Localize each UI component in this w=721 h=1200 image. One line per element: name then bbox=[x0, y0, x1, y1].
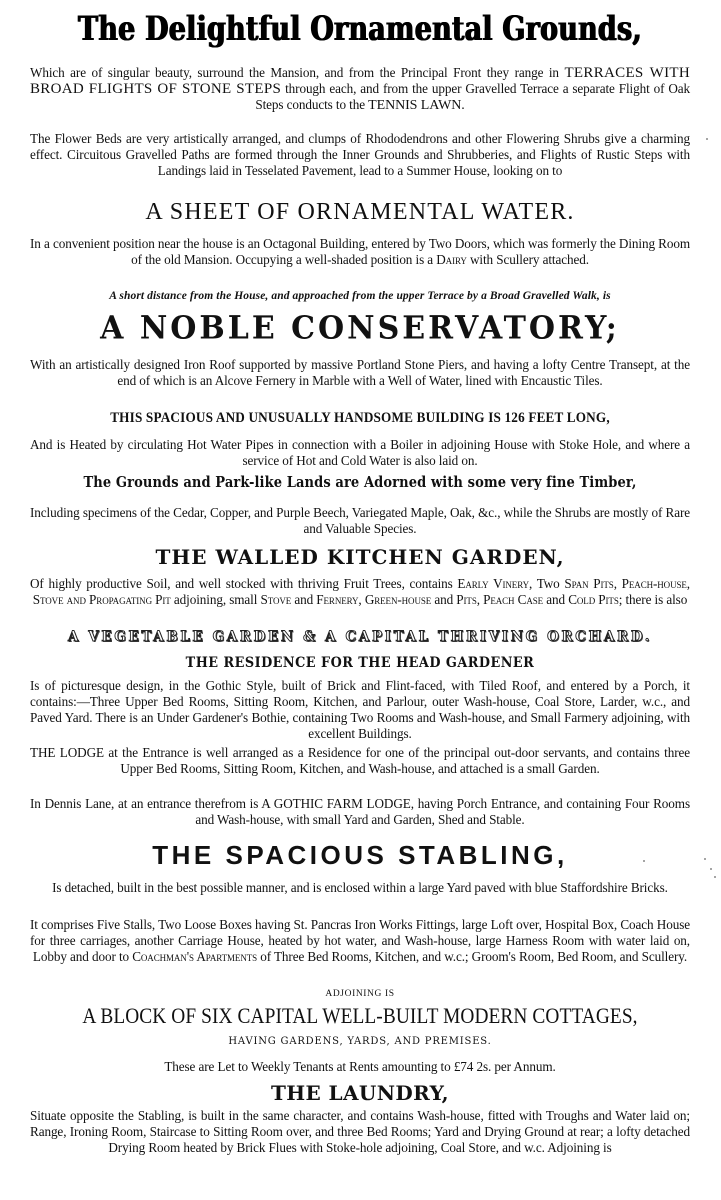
rents-line: These are Let to Weekly Tenants at Rents… bbox=[30, 1059, 690, 1075]
laundry-heading: THE LAUNDRY, bbox=[30, 1081, 690, 1105]
timber-heading: The Grounds and Park-like Lands are Ador… bbox=[63, 474, 657, 491]
kg-sc: Fernery, Green-house bbox=[316, 592, 431, 607]
scan-speck bbox=[710, 868, 712, 870]
stabling-heading: THE SPACIOUS STABLING, bbox=[30, 840, 690, 871]
water-heading: A SHEET OF ORNAMENTAL WATER. bbox=[30, 199, 690, 226]
approach-line: A short distance from the House, and app… bbox=[30, 290, 690, 302]
page-title: The Delightful Ornamental Grounds, bbox=[30, 10, 690, 49]
kg-sc: Cold Pits bbox=[568, 592, 619, 607]
kg-text: adjoining, small bbox=[171, 592, 261, 607]
octagonal-paragraph: In a convenient position near the house … bbox=[30, 236, 690, 268]
conservatory-paragraph: With an artistically designed Iron Roof … bbox=[30, 357, 690, 389]
scan-speck bbox=[706, 138, 708, 140]
octagonal-text: In a convenient position near the house … bbox=[30, 236, 690, 267]
conservatory-heading: A NOBLE CONSERVATORY; bbox=[30, 310, 690, 347]
stabling-paragraph: Is detached, built in the best possible … bbox=[30, 880, 690, 896]
stalls-tail: of Three Bed Rooms, Kitchen, and w.c.; G… bbox=[257, 949, 687, 964]
kg-sc: Pits, Peach Case bbox=[456, 592, 543, 607]
cottages-heading: A BLOCK OF SIX CAPITAL WELL-BUILT MODERN… bbox=[70, 1003, 651, 1029]
kg-text: and bbox=[431, 592, 456, 607]
kg-text: , Two bbox=[529, 576, 564, 591]
lodge-paragraph: THE LODGE at the Entrance is well arrang… bbox=[30, 745, 690, 777]
scan-speck bbox=[643, 860, 645, 862]
stalls-paragraph: It comprises Five Stalls, Two Loose Boxe… bbox=[30, 917, 690, 965]
octagonal-tail: with Scullery attached. bbox=[467, 252, 589, 267]
dennis-lane-paragraph: In Dennis Lane, at an entrance therefrom… bbox=[30, 796, 690, 828]
residence-heading: THE RESIDENCE FOR THE HEAD GARDENER bbox=[47, 655, 674, 671]
kg-text: Of highly productive Soil, and well stoc… bbox=[30, 576, 457, 591]
dairy-smallcaps: Dairy bbox=[436, 252, 467, 267]
flower-beds-paragraph: The Flower Beds are very artistically ar… bbox=[30, 131, 690, 179]
intro-text-2: through each, and from the upper Gravell… bbox=[255, 81, 690, 112]
adjoining-label: ADJOINING IS bbox=[30, 989, 690, 999]
kg-sc: Early Vinery bbox=[457, 576, 529, 591]
cottages-subheading: HAVING GARDENS, YARDS, AND PREMISES. bbox=[30, 1036, 690, 1047]
residence-paragraph: Is of picturesque design, in the Gothic … bbox=[30, 678, 690, 742]
vegetable-garden-heading: A VEGETABLE GARDEN & A CAPITAL THRIVING … bbox=[30, 629, 690, 645]
kg-text: and bbox=[543, 592, 568, 607]
scan-speck bbox=[704, 858, 706, 860]
scan-speck bbox=[714, 876, 716, 878]
laundry-paragraph: Situate opposite the Stabling, is built … bbox=[30, 1108, 690, 1156]
coachman-smallcaps: Coachman's Apartments bbox=[132, 949, 257, 964]
tennis-lawn-caps: TENNIS LAWN. bbox=[368, 98, 464, 113]
kg-text: and bbox=[291, 592, 316, 607]
kg-sc: Stove bbox=[260, 592, 291, 607]
heating-paragraph: And is Heated by circulating Hot Water P… bbox=[30, 437, 690, 469]
timber-paragraph: Including specimens of the Cedar, Copper… bbox=[30, 505, 690, 537]
building-heading: THIS SPACIOUS AND UNUSUALLY HANDSOME BUI… bbox=[70, 410, 651, 427]
document-page: The Delightful Ornamental Grounds, Which… bbox=[0, 0, 721, 1200]
kg-text: ; there is also bbox=[619, 592, 687, 607]
intro-paragraph: Which are of singular beauty, surround t… bbox=[30, 65, 690, 114]
kitchen-garden-paragraph: Of highly productive Soil, and well stoc… bbox=[30, 576, 690, 608]
intro-text-1: Which are of singular beauty, surround t… bbox=[30, 65, 564, 80]
kitchen-garden-heading: THE WALLED KITCHEN GARDEN, bbox=[30, 545, 690, 569]
